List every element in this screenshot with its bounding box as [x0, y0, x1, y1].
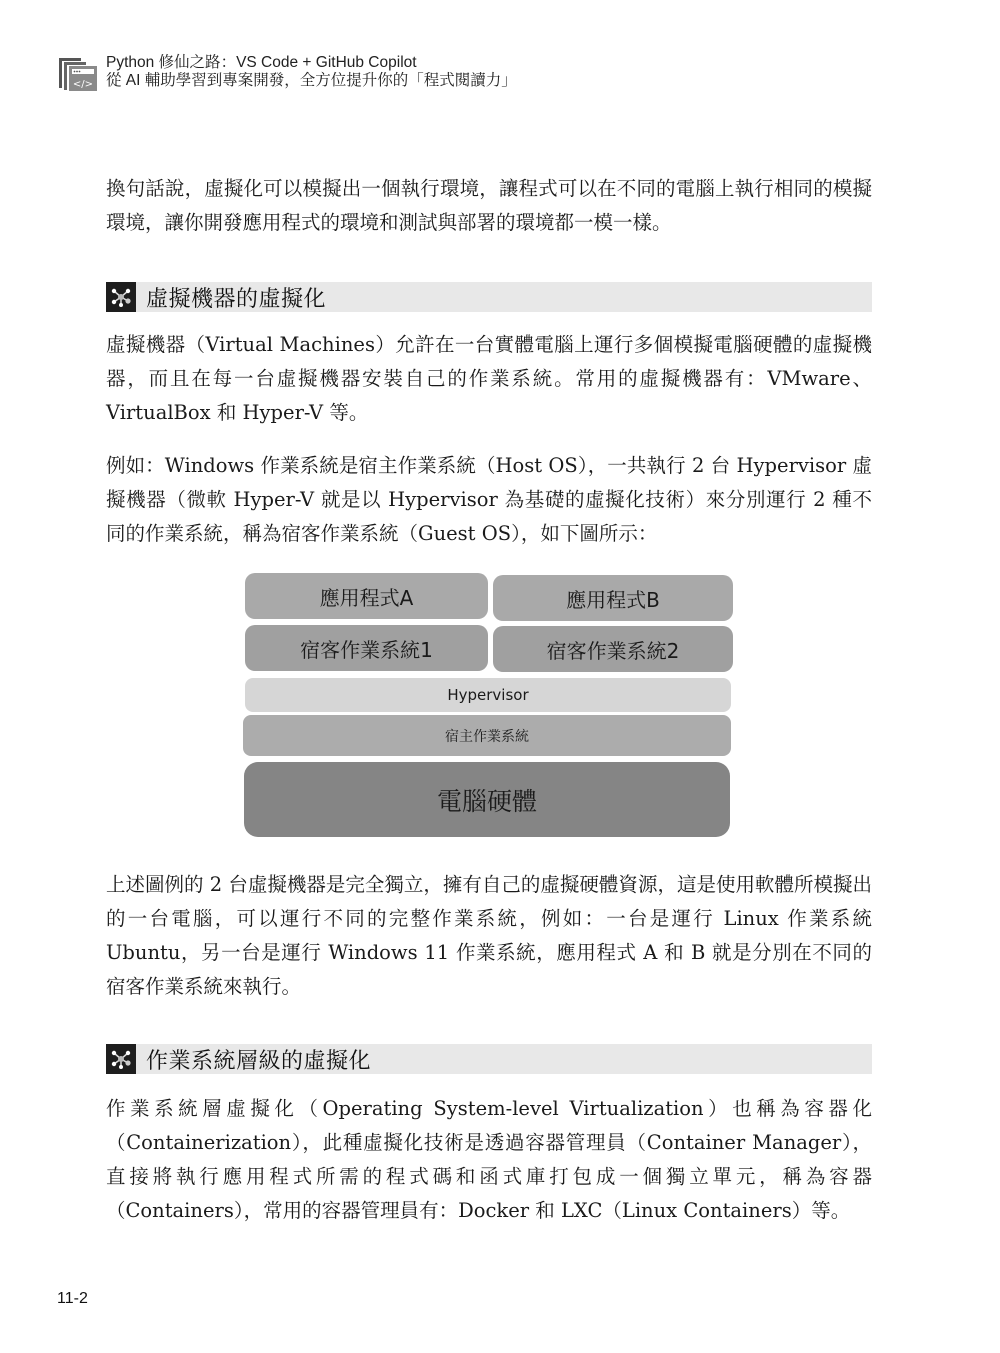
vm-paragraph-3: 上述圖例的 2 台虛擬機器是完全獨立，擁有自己的虛擬硬體資源，這是使用軟體所模擬…	[106, 868, 872, 1004]
book-subtitle: 從 AI 輔助學習到專案開發，全方位提升你的「程式閱讀力」	[106, 72, 517, 90]
hypervisor-block: Hypervisor	[245, 678, 731, 712]
guest-os-1-label: 宿客作業系統1	[300, 634, 433, 663]
hypervisor-label: Hypervisor	[447, 686, 528, 704]
section-heading-os-level: 作業系統層級的虛擬化	[106, 1044, 872, 1074]
section-title: 作業系統層級的虛擬化	[146, 1044, 371, 1075]
section-heading-vm: 虛擬機器的虛擬化	[106, 282, 872, 312]
guest-os-1-block: 宿客作業系統1	[245, 625, 488, 671]
page-number: 11-2	[57, 1290, 88, 1308]
book-header: </> Python 修仙之路：VS Code + GitHub Copilot…	[58, 54, 517, 92]
code-window-stack-icon: </>	[58, 56, 98, 92]
app-a-block: 應用程式A	[245, 573, 488, 619]
guest-os-2-label: 宿客作業系統2	[547, 635, 680, 664]
virtualization-stack-diagram: 應用程式A 應用程式B 宿客作業系統1 宿客作業系統2 Hypervisor 宿…	[240, 570, 740, 845]
vm-paragraph-2: 例如：Windows 作業系統是宿主作業系統（Host OS），一共執行 2 台…	[106, 449, 872, 551]
network-nodes-icon	[106, 282, 136, 312]
app-b-block: 應用程式B	[493, 575, 733, 621]
host-os-block: 宿主作業系統	[243, 715, 731, 756]
hardware-label: 電腦硬體	[437, 782, 537, 818]
hardware-block: 電腦硬體	[244, 762, 730, 837]
app-a-label: 應用程式A	[320, 582, 414, 611]
host-os-label: 宿主作業系統	[445, 726, 529, 746]
network-nodes-icon	[106, 1044, 136, 1074]
intro-paragraph: 換句話說，虛擬化可以模擬出一個執行環境，讓程式可以在不同的電腦上執行相同的模擬環…	[106, 172, 872, 240]
os-level-paragraph: 作業系統層虛擬化（Operating System-level Virtuali…	[106, 1092, 872, 1228]
section-title: 虛擬機器的虛擬化	[146, 282, 326, 313]
svg-text:</>: </>	[73, 79, 93, 90]
app-b-label: 應用程式B	[566, 584, 660, 613]
guest-os-2-block: 宿客作業系統2	[493, 626, 733, 672]
book-title: Python 修仙之路：VS Code + GitHub Copilot	[106, 54, 517, 72]
vm-paragraph-1: 虛擬機器（Virtual Machines）允許在一台實體電腦上運行多個模擬電腦…	[106, 328, 872, 430]
